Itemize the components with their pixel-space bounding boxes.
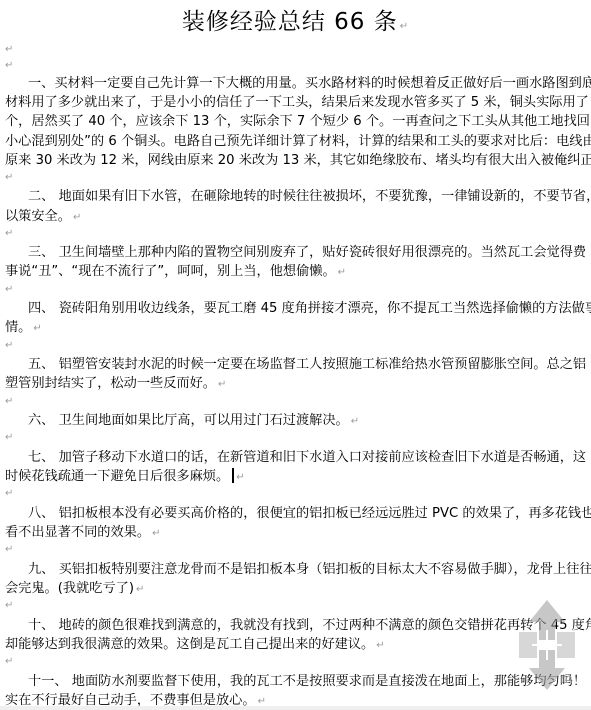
text-line: 六、 卫生间地面如果比厅高，可以用过门石过渡解决。↵ [28,412,359,431]
document-page: 装修经验总结 66 条↵ 一、买材料一定要自己先计算一下大概的用量。买水路材料的… [0,0,591,710]
text-line: 十、 地砖的颜色很难找到满意的，我就没有找到，不过两种不满意的颜色交错拼花再转个… [28,617,591,635]
paragraph-mark-icon: ↵ [136,584,144,595]
text-line: 情。↵ [5,319,42,338]
paragraph-mark-icon: ↵ [5,600,13,612]
paragraph-mark-icon: ↵ [5,172,13,184]
paragraph-mark-icon: ↵ [5,488,13,500]
paragraph-mark-icon: ↵ [5,544,13,556]
paragraph-mark-icon: ↵ [5,432,13,444]
paragraph-mark-icon: ↵ [5,284,13,296]
text-line: 五、 铝塑管安装封水泥的时候一定要在场监督工人按照施工标准给热水管预留膨胀空间。… [28,356,586,374]
paragraph-mark-icon: ↵ [73,212,81,223]
paragraph-mark-icon: ↵ [5,44,13,56]
paragraph-mark-icon: ↵ [376,640,384,651]
paragraph-mark-icon: ↵ [5,228,13,240]
text-line: 塑管别封结实了，松动一些反而好。↵ [5,375,226,394]
text-line: 小心混到别处”的 6 个铜头。电路自己预先详细计算了材料，计算的结果和工头的要求… [5,133,591,151]
text-line: 原来 30 米改为 12 米，网线由原来 20 米改为 13 米，其它如绝缘胶布… [5,152,591,171]
text-cursor [232,468,234,483]
paragraph-mark-icon: ↵ [218,379,226,390]
text-line: 九、 买铝扣板特别要注意龙骨而不是铝扣板本身（铝扣板的目标太大不容易做手脚），龙… [28,561,591,579]
text-line: 三、 卫生间墙壁上那种内陷的置物空间别废弃了，贴好瓷砖很好用很漂亮的。当然瓦工会… [28,244,586,262]
paragraph-mark-icon: ↵ [33,323,41,334]
text-line: 材料用了多少就出来了，于是小小的信任了一下工头，结果后来发现水管多买了 5 米，… [5,94,591,112]
paragraph-mark-icon: ↵ [5,60,13,72]
text-line: 会完鬼。(我就吃亏了)↵ [5,580,144,599]
watermark-text: m [560,672,573,687]
text-line: 看不出显著不同的效果。↵ [5,524,160,543]
text-line: 以策安全。↵ [5,208,81,227]
paragraph-mark-icon: ↵ [400,21,409,32]
text-line: 八、 铝扣板根本没有必要买高价格的，很便宜的铝扣板已经远远胜过 PVC 的效果了… [28,505,591,523]
text-line: 二、 地面如果有旧下水管，在砸除地转的时候往往被损坏，不要犹豫，一律铺设新的，不… [28,188,591,206]
text-line: 却能够达到我很满意的效果。这倒是瓦工自己提出来的好建议。↵ [5,636,385,655]
paragraph-mark-icon: ↵ [5,656,13,668]
text-line: 一、买材料一定要自己先计算一下大概的用量。买水路材料的时候想着反正做好后一画水路… [28,75,591,93]
paragraph-mark-icon: ↵ [236,472,244,483]
text-line: 七、 加管子移动下水道口的话，在新管道和旧下水道入口对接前应该检查旧下水道是否畅… [28,449,586,467]
document-title: 装修经验总结 66 条↵ [0,6,591,43]
text-line: 十一、 地面防水剂要监督下使用，我的瓦工不是按照要求而是直接泼在地面上，那能够均… [28,673,586,691]
paragraph-mark-icon: ↵ [5,340,13,352]
paragraph-mark-icon: ↵ [152,528,160,539]
text-line: 事说“丑”、“现在不流行了”，呵呵，别上当，他想偷懒。↵ [5,263,346,282]
paragraph-mark-icon: ↵ [338,267,346,278]
text-line: 时候花钱疏通一下避免日后很多麻烦。↵ [5,468,245,487]
paragraph-mark-icon: ↵ [351,416,359,427]
page-bottom-edge [0,706,591,710]
text-line: 四、 瓷砖阳角别用收边线条，要瓦工磨 45 度角拼接才漂亮，你不提瓦工当然选择偷… [28,300,591,318]
text-line: 个，居然买了 40 个，应该余下 13 个，实际余下 7 个短少 6 个。一再查… [5,113,591,131]
paragraph-mark-icon: ↵ [5,396,13,408]
